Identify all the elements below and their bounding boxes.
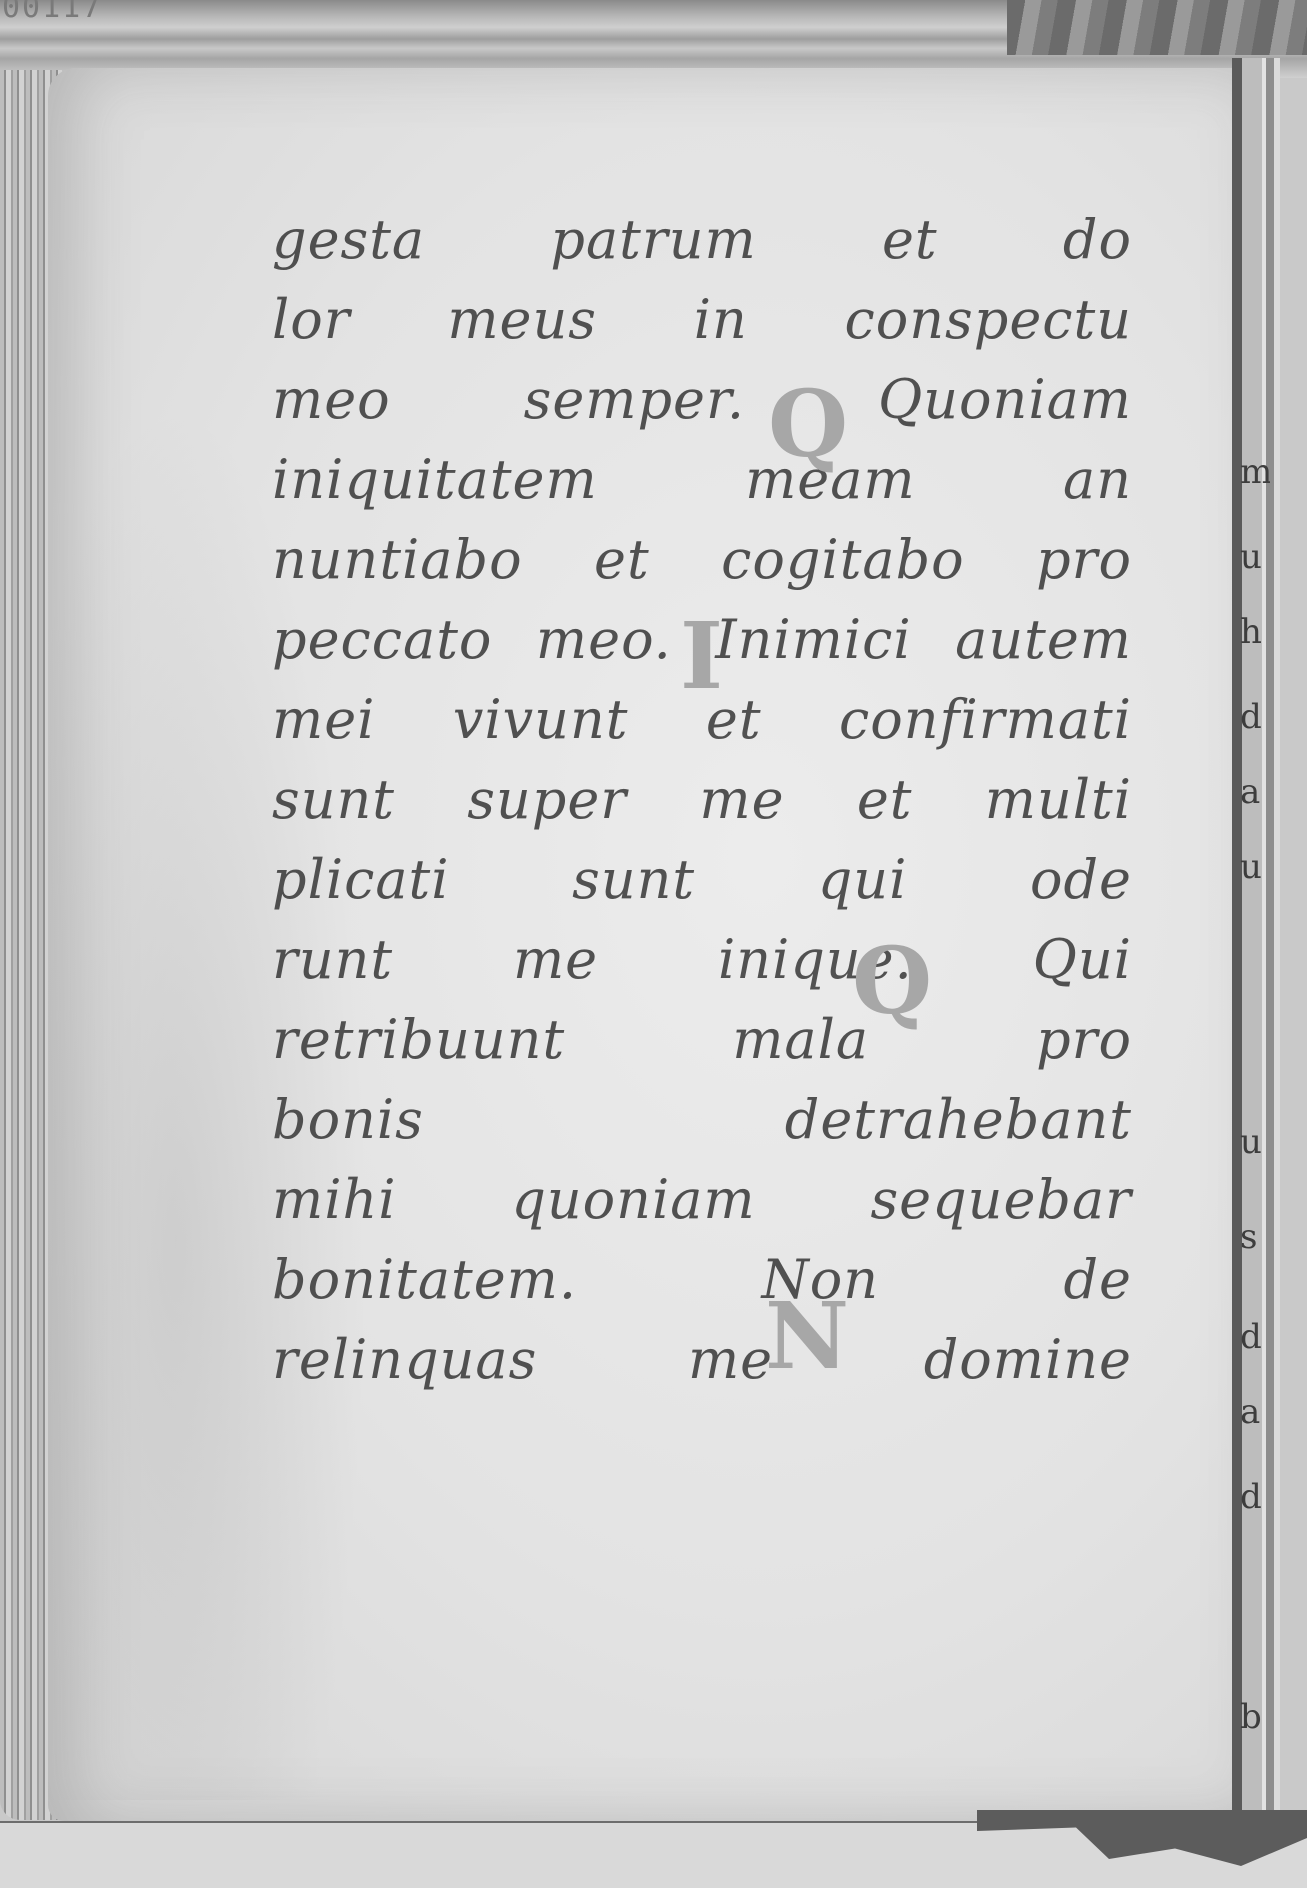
book-top-edge: 00117 xyxy=(0,0,1307,78)
spine-fragment: a xyxy=(1240,1395,1270,1429)
spine-fragment: a xyxy=(1240,775,1270,809)
rubric-initial: N xyxy=(765,1290,849,1382)
rubric-initial: Q xyxy=(852,935,932,1027)
spine-fragment: d xyxy=(1240,1480,1270,1514)
spine-fragment: d xyxy=(1240,700,1270,734)
text-line: lor meus in conspectu xyxy=(272,280,1132,360)
spine-fragment: m xyxy=(1240,455,1270,489)
text-line: bonis detrahebant xyxy=(272,1080,1132,1160)
archive-label: 00117 xyxy=(2,0,102,25)
binding-top-right xyxy=(1007,0,1307,55)
text-line: retribuunt mala pro xyxy=(272,1000,1132,1080)
spine-fragment: d xyxy=(1240,1320,1270,1354)
spine-fragment: u xyxy=(1240,1125,1270,1159)
spine-fragment: b xyxy=(1240,1700,1270,1734)
text-line: plicati sunt qui ode xyxy=(272,840,1132,920)
adjacent-page-strip xyxy=(1232,58,1280,1838)
manuscript-text: gesta patrum et do lor meus in conspectu… xyxy=(272,200,1132,1400)
text-line: nuntiabo et cogitabo pro xyxy=(272,520,1132,600)
text-line: meo semper. Quoniam xyxy=(272,360,1132,440)
text-line: relinquas me domine xyxy=(272,1320,1132,1400)
spine-fragment: h xyxy=(1240,615,1270,649)
spine-fragment: u xyxy=(1240,540,1270,574)
text-line: iniquitatem meam an xyxy=(272,440,1132,520)
spine-fragment: s xyxy=(1240,1220,1270,1254)
rubric-initial: I xyxy=(680,610,723,702)
text-line: bonitatem. Non de xyxy=(272,1240,1132,1320)
text-line: runt me inique. Qui xyxy=(272,920,1132,1000)
text-line: mihi quoniam sequebar xyxy=(272,1160,1132,1240)
text-line: gesta patrum et do xyxy=(272,200,1132,280)
text-line: sunt super me et multi xyxy=(272,760,1132,840)
rubric-initial: Q xyxy=(768,378,848,470)
spine-fragment: u xyxy=(1240,850,1270,884)
